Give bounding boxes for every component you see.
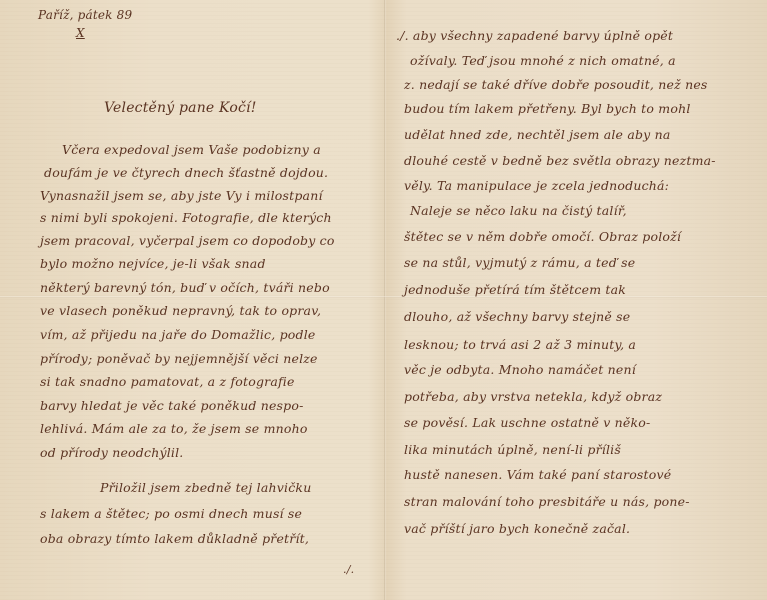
handwritten-line: s nimi byli spokojeni. Fotografie, dle k… xyxy=(40,210,332,225)
handwritten-line: bylo možno nejvíce, je-li však snad xyxy=(40,256,266,271)
handwritten-line: s lakem a štětec; po osmi dnech musí se xyxy=(40,506,302,521)
handwritten-line: jednoduše přetírá tím štětcem tak xyxy=(404,282,626,297)
handwritten-line: ./. aby všechny zapadené barvy úplně opě… xyxy=(396,28,673,43)
continuation-mark: ./. xyxy=(343,563,354,576)
handwritten-line: vím, až přijedu na jaře do Domažlic, pod… xyxy=(40,327,316,342)
handwritten-line: věly. Ta manipulace je zcela jednoduchá: xyxy=(404,178,669,193)
handwritten-line: Včera expedoval jsem Vaše podobizny a xyxy=(62,142,321,157)
handwritten-line: z. nedají se také dříve dobře posoudit, … xyxy=(404,77,708,92)
handwritten-line: si tak snadno pamatovat, a z fotografie xyxy=(40,374,295,389)
handwritten-line: Naleje se něco laku na čistý talíř, xyxy=(410,203,627,218)
handwritten-line: přírody; poněvač by nejjemnější věci nel… xyxy=(40,351,318,366)
place-date: Paříž, pátek 89 xyxy=(38,8,132,22)
handwritten-line: lesknou; to trvá asi 2 až 3 minuty, a xyxy=(404,337,636,352)
handwritten-line: lehlivá. Mám ale za to, že jsem se mnoho xyxy=(40,421,308,436)
handwritten-line: se pověsí. Lak uschne ostatně v něko- xyxy=(404,415,650,430)
handwritten-line: udělat hned zde, nechtěl jsem ale aby na xyxy=(404,127,671,142)
handwritten-line: hustě nanesen. Vám také paní starostové xyxy=(404,467,671,482)
handwritten-line: od přírody neodchýlil. xyxy=(40,445,183,460)
handwritten-line: věc je odbyta. Mnoho namáčet není xyxy=(404,362,636,377)
handwritten-line: ožívaly. Teď jsou mnohé z nich omatné, a xyxy=(410,53,676,68)
handwritten-line: dlouho, až všechny barvy stejně se xyxy=(404,309,630,324)
handwritten-line: ve vlasech poněkud nepravný, tak to opra… xyxy=(40,303,321,318)
salutation: Velectěný pane Kočí! xyxy=(104,100,257,116)
handwritten-line: budou tím lakem přetřeny. Byl bych to mo… xyxy=(404,101,691,116)
handwritten-line: štětec se v něm dobře omočí. Obraz polož… xyxy=(404,229,681,244)
handwritten-line: se na stůl, vyjmutý z rámu, a teď se xyxy=(404,255,635,270)
handwritten-line: vač příští jaro bych konečně začal. xyxy=(404,521,630,536)
handwritten-line: lika minutách úplně, není-li příliš xyxy=(404,442,621,457)
handwritten-line: oba obrazy tímto lakem důkladně přetřít, xyxy=(40,531,309,546)
handwritten-line: dlouhé cestě v bedně bez světla obrazy n… xyxy=(404,153,716,168)
handwritten-line: některý barevný tón, buď v očích, tváři … xyxy=(40,280,330,295)
handwritten-line: jsem pracoval, vyčerpal jsem co dopodoby… xyxy=(40,233,335,248)
right-page: ./. aby všechny zapadené barvy úplně opě… xyxy=(386,0,767,600)
month-numeral: X xyxy=(76,26,85,40)
handwritten-line: barvy hledat je věc také poněkud nespo- xyxy=(40,398,304,413)
handwritten-line: Vynasnažil jsem se, aby jste Vy i milost… xyxy=(40,188,323,203)
handwritten-line: doufám je ve čtyrech dnech šťastně dojdo… xyxy=(44,165,328,180)
letter-sheet: Paříž, pátek 89 X Velectěný pane Kočí! V… xyxy=(0,0,767,600)
handwritten-line: Přiložil jsem zbedně tej lahvičku xyxy=(100,480,311,495)
left-page: Paříž, pátek 89 X Velectěný pane Kočí! V… xyxy=(0,0,384,600)
handwritten-line: potřeba, aby vrstva netekla, když obraz xyxy=(404,389,662,404)
handwritten-line: stran malování toho presbitáře u nás, po… xyxy=(404,494,690,509)
